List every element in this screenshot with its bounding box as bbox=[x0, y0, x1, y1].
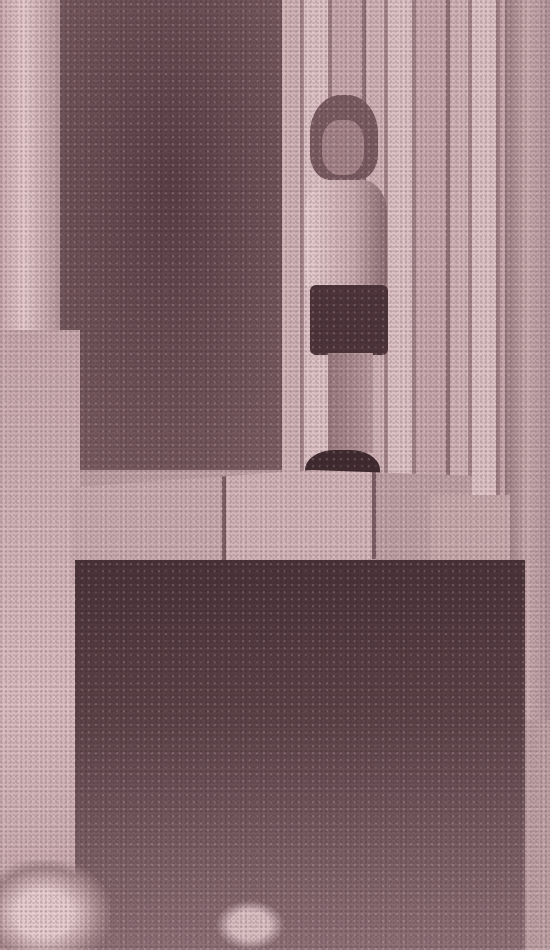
film-grain bbox=[0, 0, 550, 950]
photograph bbox=[0, 0, 550, 950]
